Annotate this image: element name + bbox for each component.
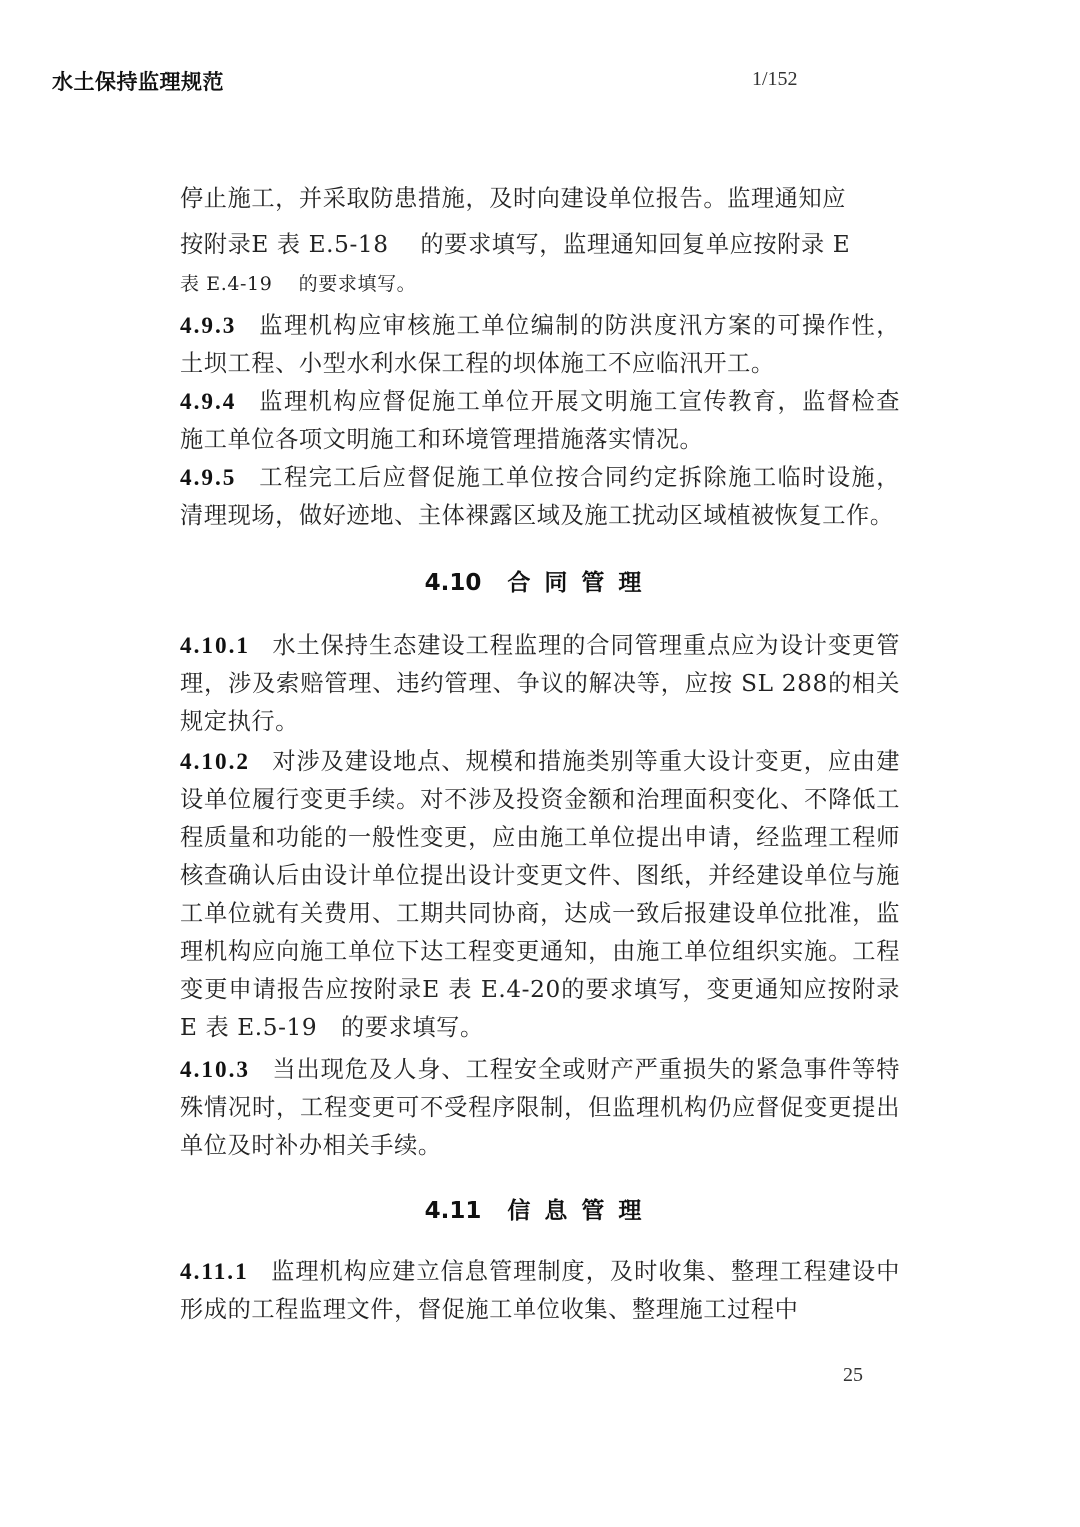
section-name: 合同管理 (507, 570, 655, 596)
clause-text: 监理机构应建立信息管理制度，及时收集、整理工程建设中形成的工程监理文件，督促施工… (180, 1258, 900, 1323)
continuation-line-2: 按附录E 表 E.5-18 的要求填写，监理通知回复单应按附录 E (180, 226, 850, 264)
clause-number: 4.9.3 (180, 313, 236, 339)
page-body: 停止施工，并采取防患措施，及时向建设单位报告。监理通知应 按附录E 表 E.5-… (180, 180, 900, 1329)
section-heading-4-11: 4.11信息管理 (180, 1191, 900, 1231)
clause-text: 水土保持生态建设工程监理的合同管理重点应为设计变更管理，涉及索赔管理、违约管理、… (180, 632, 900, 735)
page-number: 25 (843, 1364, 863, 1387)
clause-number: 4.9.5 (180, 465, 236, 491)
clause-text: 当出现危及人身、工程安全或财产严重损失的紧急事件等特殊情况时，工程变更可不受程序… (180, 1056, 900, 1159)
clause-4-10-1: 4.10.1水土保持生态建设工程监理的合同管理重点应为设计变更管理，涉及索赔管理… (180, 627, 900, 741)
clause-number: 4.9.4 (180, 389, 236, 415)
clause-text: 对涉及建设地点、规模和措施类别等重大设计变更，应由建设单位履行变更手续。对不涉及… (180, 748, 900, 1041)
clause-4-10-3: 4.10.3当出现危及人身、工程安全或财产严重损失的紧急事件等特殊情况时，工程变… (180, 1051, 900, 1165)
clause-4-9-5: 4.9.5工程完工后应督促施工单位按合同约定拆除施工临时设施，清理现场，做好迹地… (180, 459, 900, 535)
section-name: 信息管理 (507, 1198, 655, 1224)
continuation-line-3: 表 E.4-19 的要求填写。 (180, 273, 416, 295)
clause-number: 4.10.2 (180, 749, 250, 775)
document-title: 水土保持监理规范 (52, 66, 224, 96)
section-number: 4.10 (425, 570, 482, 596)
clause-number: 4.11.1 (180, 1259, 249, 1285)
clause-4-9-3: 4.9.3监理机构应审核施工单位编制的防洪度汛方案的可操作性，土坝工程、小型水利… (180, 307, 900, 383)
clause-number: 4.10.3 (180, 1057, 250, 1083)
clause-text: 工程完工后应督促施工单位按合同约定拆除施工临时设施，清理现场，做好迹地、主体裸露… (180, 464, 900, 529)
clause-text: 监理机构应督促施工单位开展文明施工宣传教育，监督检查施工单位各项文明施工和环境管… (180, 388, 900, 453)
clause-4-10-2: 4.10.2对涉及建设地点、规模和措施类别等重大设计变更，应由建设单位履行变更手… (180, 743, 900, 1047)
continuation-paragraph: 停止施工，并采取防患措施，及时向建设单位报告。监理通知应 按附录E 表 E.5-… (180, 180, 900, 303)
clause-text: 监理机构应审核施工单位编制的防洪度汛方案的可操作性，土坝工程、小型水利水保工程的… (180, 312, 900, 377)
section-number: 4.11 (425, 1198, 482, 1224)
continuation-line-1: 停止施工，并采取防患措施，及时向建设单位报告。监理通知应 (180, 185, 846, 212)
section-heading-4-10: 4.10合同管理 (180, 563, 900, 603)
page-indicator: 1/152 (752, 68, 798, 91)
clause-number: 4.10.1 (180, 633, 250, 659)
clause-4-9-4: 4.9.4监理机构应督促施工单位开展文明施工宣传教育，监督检查施工单位各项文明施… (180, 383, 900, 459)
clause-4-11-1: 4.11.1监理机构应建立信息管理制度，及时收集、整理工程建设中形成的工程监理文… (180, 1253, 900, 1329)
